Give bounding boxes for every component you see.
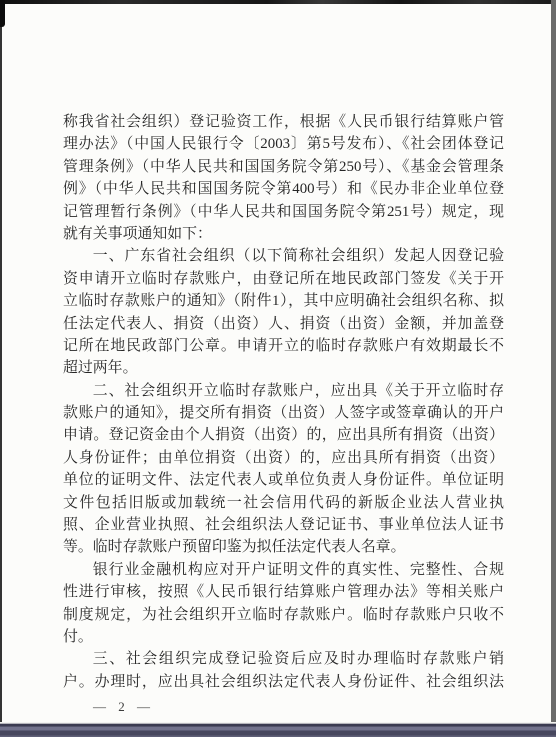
scan-edge-top bbox=[0, 0, 556, 4]
text-line: 等。临时存款账户预留印鉴为拟任法定代表人名章。 bbox=[63, 536, 504, 558]
text-line: 理办法》（中国人民银行令〔2003〕第5号发布）、《社会团体登记 bbox=[63, 133, 504, 155]
text-line: 二、社会组织开立临时存款账户，应出具《关于开立临时存 bbox=[63, 380, 504, 402]
text-line: 性进行审核，按照《人民币银行结算账户管理办法》等相关账户 bbox=[63, 581, 504, 603]
document-text-block: 称我省社会组织）登记验资工作，根据《人民币银行结算账户管理办法》（中国人民银行令… bbox=[63, 111, 504, 693]
paragraph: 银行业金融机构应对开户证明文件的真实性、完整性、合规性进行审核，按照《人民币银行… bbox=[63, 559, 504, 649]
text-line: 超过两年。 bbox=[63, 357, 504, 379]
text-line: 户。办理时，应出具社会组织法定代表人身份证件、社会组织法 bbox=[63, 671, 504, 693]
text-line: 例》（中华人民共和国国务院令第400号）和《民办非企业单位登 bbox=[63, 178, 504, 200]
text-line: 资申请开立临时存款账户，由登记所在地民政部门签发《关于开 bbox=[63, 268, 504, 290]
text-line: 制度规定，为社会组织开立临时存款账户。临时存款账户只收不 bbox=[63, 604, 504, 626]
text-line: 任法定代表人、捐资（出资）人、捐资（出资）金额，并加盖登 bbox=[63, 313, 504, 335]
text-line: 一、广东省社会组织（以下简称社会组织）发起人因登记验 bbox=[63, 245, 504, 267]
text-line: 记所在地民政部门公章。申请开立的临时存款账户有效期最长不 bbox=[63, 335, 504, 357]
scan-corner-artifact bbox=[0, 0, 5, 27]
paragraph: 称我省社会组织）登记验资工作，根据《人民币银行结算账户管理办法》（中国人民银行令… bbox=[63, 111, 504, 245]
text-line: 记管理暂行条例》（中华人民共和国国务院令第251号）规定，现 bbox=[63, 201, 504, 223]
text-line: 文件包括旧版或加载统一社会信用代码的新版企业法人营业执 bbox=[63, 492, 504, 514]
text-line: 就有关事项通知如下： bbox=[63, 223, 504, 245]
text-line: 三、社会组织完成登记验资后应及时办理临时存款账户销 bbox=[63, 648, 504, 670]
text-line: 款账户的通知》，提交所有捐资（出资）人签字或签章确认的开户 bbox=[63, 402, 504, 424]
scanned-document-page: 称我省社会组织）登记验资工作，根据《人民币银行结算账户管理办法》（中国人民银行令… bbox=[0, 0, 556, 737]
text-line: 申请。登记资金由个人捐资（出资）的，应出具所有捐资（出资） bbox=[63, 424, 504, 446]
paragraph: 三、社会组织完成登记验资后应及时办理临时存款账户销户。办理时，应出具社会组织法定… bbox=[63, 648, 504, 693]
paragraph: 一、广东省社会组织（以下简称社会组织）发起人因登记验资申请开立临时存款账户，由登… bbox=[63, 245, 504, 379]
page-number: — 2 — bbox=[93, 699, 151, 715]
text-line: 银行业金融机构应对开户证明文件的真实性、完整性、合规 bbox=[63, 559, 504, 581]
scan-edge-bottom bbox=[0, 722, 556, 737]
text-line: 付。 bbox=[63, 626, 504, 648]
text-line: 称我省社会组织）登记验资工作，根据《人民币银行结算账户管 bbox=[63, 111, 504, 133]
text-line: 管理条例》（中华人民共和国国务院令第250号）、《基金会管理条 bbox=[63, 156, 504, 178]
scan-edge-left bbox=[0, 0, 2, 737]
text-line: 人身份证件；由单位捐资（出资）的，应出具所有捐资（出资） bbox=[63, 447, 504, 469]
text-line: 单位的证明文件、法定代表人或单位负责人身份证件。单位证明 bbox=[63, 469, 504, 491]
paragraph: 二、社会组织开立临时存款账户，应出具《关于开立临时存款账户的通知》，提交所有捐资… bbox=[63, 380, 504, 559]
text-line: 照、企业营业执照、社会组织法人登记证书、事业单位法人证书 bbox=[63, 514, 504, 536]
text-line: 立临时存款账户的通知》（附件1），其中应明确社会组织名称、拟 bbox=[63, 290, 504, 312]
scan-edge-right bbox=[551, 0, 556, 737]
